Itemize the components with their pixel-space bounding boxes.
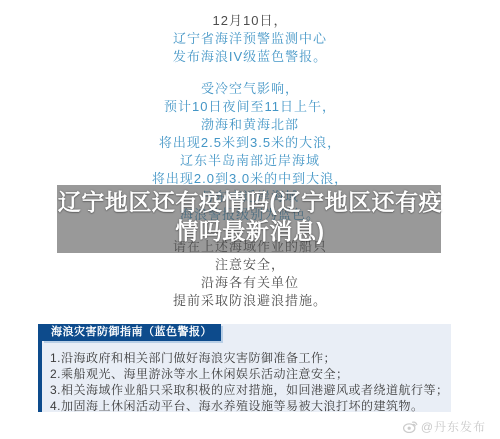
- guide-list: 1.沿海政府和相关部门做好海浪灾害防御准备工作； 2.乘船观光、海里游泳等水上休…: [50, 350, 445, 414]
- defense-guide-panel: 海浪灾害防御指南（蓝色警报） 1.沿海政府和相关部门做好海浪灾害防御准备工作； …: [38, 324, 451, 412]
- watermark-text: @丹东发布: [421, 418, 486, 435]
- bulletin-agency-line: 辽宁省海洋预警监测中心: [0, 30, 500, 48]
- forecast-line: 辽东半岛南部近岸海域: [0, 152, 500, 170]
- announcement-image: 12月10日， 辽宁省海洋预警监测中心 发布海浪IV级蓝色警报。 受冷空气影响，…: [0, 0, 500, 439]
- guide-item: 2.乘船观光、海里游泳等水上休闲娱乐活动注意安全；: [50, 366, 445, 382]
- bulletin-warning-line: 发布海浪IV级蓝色警报。: [0, 48, 500, 66]
- guide-title-badge: 海浪灾害防御指南（蓝色警报）: [42, 324, 221, 341]
- forecast-line: 受冷空气影响，: [0, 80, 500, 98]
- weibo-icon: [403, 420, 418, 433]
- guide-item: 3.相关海域作业船只采取积极的应对措施，如回港避风或者绕道航行等；: [50, 382, 445, 398]
- guide-item: 4.加固海上休闲活动平台、海水养殖设施等易被大浪打坏的建筑物。: [50, 398, 445, 414]
- forecast-line: 预计10日夜间至11日上午，: [0, 98, 500, 116]
- forecast-line: 渤海和黄海北部: [0, 116, 500, 134]
- watermark: @丹东发布: [403, 418, 486, 435]
- page-title-line1: 辽宁地区还有疫情吗(辽宁地区还有疫: [0, 188, 500, 217]
- bulletin-date-line: 12月10日，: [0, 12, 500, 30]
- advisory-line: 沿海各有关单位: [0, 274, 500, 292]
- advisory-line: 注意安全，: [0, 256, 500, 274]
- guide-item: 1.沿海政府和相关部门做好海浪灾害防御准备工作；: [50, 350, 445, 366]
- page-title-line2: 情吗最新消息): [0, 217, 500, 246]
- forecast-line: 将出现2.5米到3.5米的大浪，: [0, 134, 500, 152]
- advisory-line: 提前采取防浪避浪措施。: [0, 292, 500, 310]
- bulletin-intro: 12月10日， 辽宁省海洋预警监测中心 发布海浪IV级蓝色警报。: [0, 12, 500, 66]
- page-title: 辽宁地区还有疫情吗(辽宁地区还有疫 情吗最新消息): [0, 188, 500, 246]
